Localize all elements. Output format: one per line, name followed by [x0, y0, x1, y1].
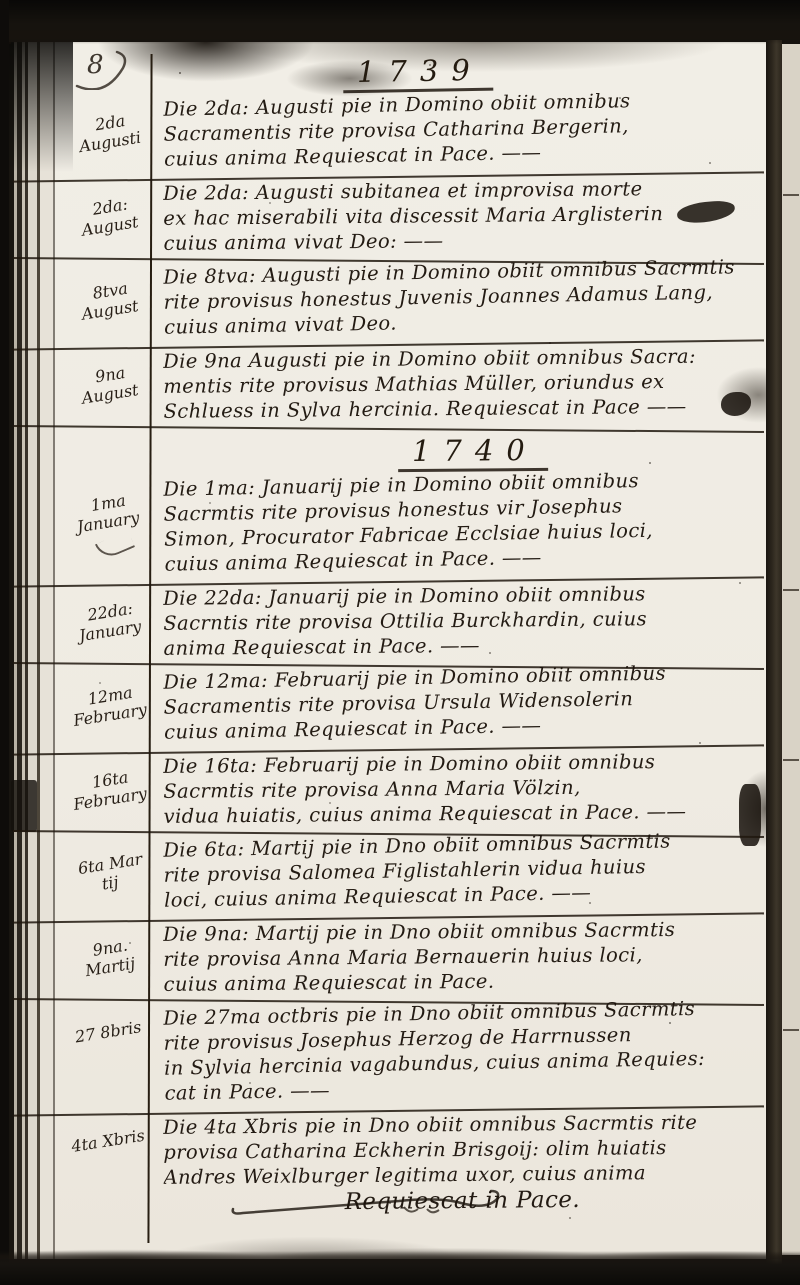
year-section: 1739 2da Augusti Die 2da: Augusti pie in…	[75, 50, 760, 430]
entry-text: Die 9na Augusti pie in Domino obiit omni…	[149, 343, 761, 424]
entry-margin-date: 27 8bris	[68, 1001, 157, 1111]
register-entry: 6ta Mar tij Die 6ta: Martij pie in Dno o…	[75, 835, 760, 919]
facing-page-rule	[783, 589, 799, 591]
ink-blot	[11, 780, 37, 832]
entry-text: Die 12ma: Februarij pie in Domino obiit …	[149, 659, 761, 745]
year-label: 1739	[342, 53, 492, 94]
text-line: anima Requiescat in Pace. ——	[163, 630, 760, 661]
facing-page-sliver	[782, 44, 800, 1255]
register-entry: 16ta February Die 16ta: Februarij pie in…	[75, 751, 760, 835]
register-entry: 9na. Martij Die 9na: Martij pie in Dno o…	[75, 919, 760, 1003]
entry-margin-date: 16ta February	[70, 749, 155, 835]
entry-text: Die 9na: Martij pie in Dno obiit omnibus…	[149, 916, 761, 997]
facing-page-rule	[783, 759, 799, 761]
entry-text: Die 16ta: Februarij pie in Domino obiit …	[149, 748, 761, 829]
entry-text: Die 1ma: Januarij pie in Domino obiit om…	[149, 466, 762, 577]
entry-text: Die 6ta: Martij pie in Dno obiit omnibus…	[149, 827, 761, 913]
entry-margin-date: 22da: January	[70, 581, 155, 667]
entry-text: Die 2da: Augusti pie in Domino obiit omn…	[149, 86, 761, 172]
register-entry: 22da: January Die 22da: Januarij pie in …	[75, 583, 760, 667]
entry-date-day: 27 8bris	[74, 1017, 143, 1046]
register-entry: 12ma February Die 12ma: Februarij pie in…	[75, 667, 760, 751]
section-entries: 2da Augusti Die 2da: Augusti pie in Domi…	[75, 94, 760, 430]
entry-text: Die 8tva: Augusti pie in Domino obiit om…	[149, 254, 761, 340]
scanned-register-page: 8 1739 2da Augusti Die 2da: Augusti pie …	[0, 0, 800, 1285]
entry-margin-date: 2da Augusti	[70, 92, 155, 178]
scan-border-top	[0, 0, 800, 44]
text-line: Schluess in Sylva hercinia. Requiescat i…	[163, 393, 760, 424]
register-entry: 4ta Xbris Die 4ta Xbris pie in Dno obiit…	[75, 1112, 760, 1223]
text-line: cuius anima Requiescat in Pace.	[163, 966, 760, 997]
paper: 8 1739 2da Augusti Die 2da: Augusti pie …	[9, 42, 766, 1259]
page-fold	[766, 40, 782, 1265]
binding-edge	[9, 42, 73, 1259]
entry-text: Die 2da: Augusti subitanea et improvisa …	[149, 175, 761, 256]
entry-date-day: 4ta Xbris	[70, 1126, 146, 1156]
text-line: Requiescat in Pace.	[164, 1184, 761, 1217]
entry-text: Die 4ta Xbris pie in Dno obiit omnibus S…	[149, 1109, 761, 1217]
entry-text: Die 27ma octbris pie in Dno obiit omnibu…	[149, 995, 762, 1106]
scan-border-left	[0, 0, 9, 1285]
register-entry: 27 8bris Die 27ma octbris pie in Dno obi…	[75, 1003, 760, 1112]
entry-margin-date: 12ma February	[70, 665, 155, 751]
section-entries: 1ma January Die 1ma: Januarij pie in Dom…	[75, 474, 760, 1223]
entry-margin-date: 1ma January	[68, 472, 157, 582]
entry-margin-date: 9na August	[70, 344, 155, 430]
entry-margin-date: 9na. Martij	[70, 917, 155, 1003]
entry-margin-date: 8tva August	[70, 260, 155, 346]
text-line: cuius anima vivat Deo: ——	[163, 225, 760, 256]
text-line: vidua huiatis, cuius anima Requiescat in…	[163, 798, 760, 829]
entry-margin-date: 2da: August	[70, 176, 155, 262]
register-body: 1739 2da Augusti Die 2da: Augusti pie in…	[75, 50, 760, 1223]
binding-shadow	[9, 42, 73, 172]
register-entry: 1ma January Die 1ma: Januarij pie in Dom…	[75, 474, 760, 583]
scan-border-bottom	[0, 1251, 800, 1285]
year-label: 1740	[397, 433, 547, 472]
year-section: 1740 1ma January Die 1ma: Januarij pie i…	[75, 430, 760, 1223]
register-entry: 9na August Die 9na Augusti pie in Domino…	[75, 346, 760, 430]
facing-page-rule	[783, 194, 799, 196]
entry-margin-date: 4ta Xbris	[67, 1110, 156, 1222]
register-entry: 8tva August Die 8tva: Augusti pie in Dom…	[75, 262, 760, 346]
entry-margin-date: 6ta Mar tij	[70, 833, 155, 919]
register-entry: 2da: August Die 2da: Augusti subitanea e…	[75, 178, 760, 262]
register-entry: 2da Augusti Die 2da: Augusti pie in Domi…	[75, 94, 760, 178]
facing-page-rule	[783, 1029, 799, 1031]
entry-text: Die 22da: Januarij pie in Domino obiit o…	[149, 580, 761, 661]
